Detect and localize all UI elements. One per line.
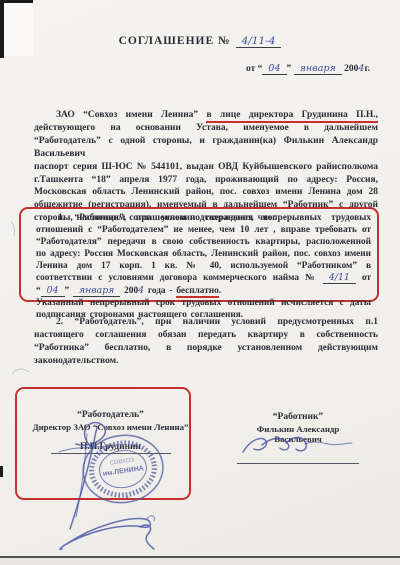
- clause1-year-suffix: года -: [144, 286, 176, 296]
- date-year-printed: 200: [342, 64, 359, 74]
- intro-text-start: ЗАО “Совхоз имени Ленина”: [56, 110, 206, 120]
- employer-position-label: Директор ЗАО “Совхоз имени Ленина”: [28, 422, 193, 432]
- stray-arc-mark: [12, 369, 29, 374]
- clause1-year-printed: 200: [120, 286, 138, 296]
- date-prefix: от “: [246, 64, 262, 74]
- date-line: от “04” января 2004г.: [246, 63, 370, 74]
- below-page-area: [0, 558, 400, 565]
- clause1-month-handwritten: января: [73, 285, 120, 297]
- employee-name: Филькин Александр Васильевич: [233, 424, 363, 444]
- employee-role-label: “Работник”: [233, 412, 363, 422]
- clause1-quote: ”: [65, 286, 73, 296]
- stray-mark-left-margin: [11, 221, 15, 236]
- clause1-day-handwritten: 04: [41, 285, 65, 297]
- employer-role-label: “Работодатель”: [28, 410, 193, 420]
- agreement-number-handwritten: 4/11-4: [236, 35, 282, 48]
- clause1-block: 1. “Работник”, при условии сохранения не…: [36, 212, 371, 321]
- document-title: СОГЛАШЕНИЕ №: [119, 35, 231, 47]
- red-underlined-director-phrase: в лице директора Грудинина П.Н.,: [206, 110, 378, 123]
- clause1-period: .: [219, 286, 221, 296]
- date-month-handwritten: января: [294, 63, 342, 75]
- scan-speck-left-edge: [0, 466, 3, 477]
- employer-signature-block: “Работодатель” Директор ЗАО “Совхоз имен…: [28, 410, 193, 454]
- clause1-paragraph: 1. “Работник”, при условии сохранения не…: [36, 212, 371, 297]
- bottom-signature-ink: [60, 516, 154, 549]
- clause2-paragraph: 2. “Работодатель”, при наличии условий п…: [34, 316, 378, 368]
- date-suffix: г.: [364, 64, 370, 74]
- clause1-contract-number-handwritten: 4/11: [323, 272, 356, 284]
- intro-text-rest: действующего на основании Устава, именуе…: [34, 123, 378, 159]
- date-close-quote: ”: [287, 64, 292, 74]
- employee-signature-block: “Работник” Филькин Александр Васильевич: [233, 412, 363, 464]
- document-title-row: СОГЛАШЕНИЕ №4/11-4: [0, 31, 400, 49]
- scanned-agreement-page: СОГЛАШЕНИЕ №4/11-4 от “04” января 2004г.…: [0, 0, 400, 565]
- employee-signature-line: [237, 462, 359, 464]
- employer-name: П.Н.Грудинин: [51, 442, 171, 454]
- clause2-block: 2. “Работодатель”, при наличии условий п…: [34, 316, 378, 368]
- date-day-handwritten: 04: [262, 63, 286, 75]
- clause1-text-start: 1. “Работник”, при условии сохранения не…: [36, 213, 371, 283]
- intro-paragraph-1: ЗАО “Совхоз имени Ленина” в лице директо…: [34, 109, 378, 161]
